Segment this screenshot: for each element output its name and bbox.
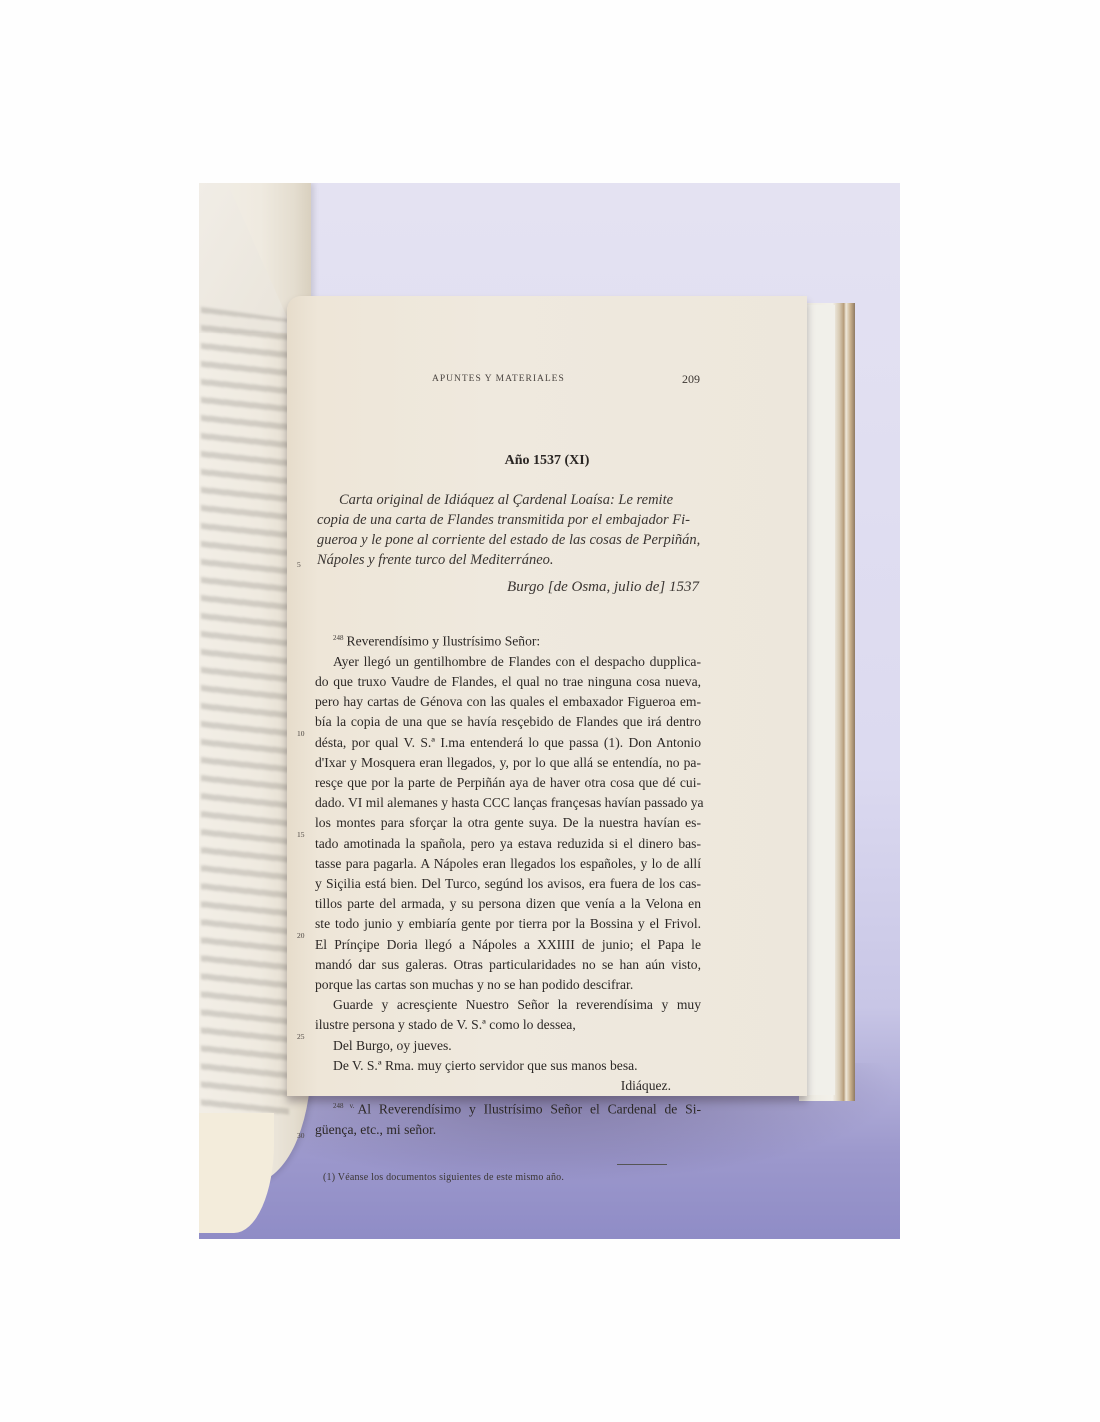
page-number: 209 [682,372,700,387]
body-line: d'Ixar y Mosquera eran llegados, y, por … [315,753,701,773]
folio-mark: 248 v. [333,1102,354,1110]
left-page-blurred-text [201,307,289,1119]
summary-line: copia de una carta de Flandes transmitid… [317,510,701,530]
body-line: bía la copia de una que se havía resçebi… [315,712,701,732]
body-line: dado. VI mil alemanes y hasta CCC lanças… [315,793,701,813]
footnote: (1) Véanse los documentos siguientes de … [323,1172,564,1183]
salutation: Reverendísimo y Ilustrísimo Señor: [347,634,541,649]
page-content: APUNTES Y MATERIALES 209 Año 1537 (XI) C… [287,296,807,1096]
summary-line: gueroa y le pone al corriente del estado… [317,530,701,550]
address-line: güença, etc., mi señor. [315,1120,701,1140]
body-line: los montes para sforçar la otra gente su… [315,813,701,833]
body-line: porque las cartas son muchas y no se han… [315,975,701,995]
line-number: 15 [297,830,305,839]
body-line: do que truxo Vaudre de Flandes, el qual … [315,672,701,692]
body-line: désta, por qual V. S.ª I.ma entenderá lo… [315,733,701,753]
letter-body: 248Reverendísimo y Ilustrísimo Señor: Ay… [315,628,701,1140]
closing-line: ilustre persona y stado de V. S.ª como l… [315,1015,701,1035]
summary-line: Carta original de Idiáquez al Çardenal L… [317,490,701,510]
closing-line: Guarde y acresçiente Nuestro Señor la re… [315,995,701,1015]
body-line: tasse para pagarla. A Nápoles eran llega… [315,854,701,874]
summary-line: Nápoles y frente turco del Mediterráneo. [317,550,701,570]
document-summary: Carta original de Idiáquez al Çardenal L… [317,490,701,570]
line-number: 10 [297,729,305,738]
body-line: resçe que por la parte de Perpiñán aya d… [315,773,701,793]
address-line: 248 v.Al Reverendísimo y Ilustrísimo Señ… [315,1096,701,1120]
next-page-edge [805,305,835,1095]
dateline: Burgo [de Osma, julio de] 1537 [287,579,699,596]
valediction: De V. S.ª Rma. muy çierto servidor que s… [315,1056,701,1076]
line-number: 5 [297,560,301,569]
place-date: Del Burgo, oy jueves. [315,1036,701,1056]
right-page: APUNTES Y MATERIALES 209 Año 1537 (XI) C… [287,296,807,1096]
document-title: Año 1537 (XI) [287,453,807,469]
running-head: APUNTES Y MATERIALES [432,374,565,384]
salutation-line: 248Reverendísimo y Ilustrísimo Señor: [315,628,701,652]
footnote-rule [617,1164,667,1165]
body-line: mandó dar sus galeras. Otras particulari… [315,955,701,975]
body-line: ste todo junio y embiaría gente por tier… [315,914,701,934]
signature: Idiáquez. [315,1076,701,1096]
line-number: 25 [297,1032,305,1041]
line-number: 20 [297,931,305,940]
body-line: Ayer llegó un gentilhombre de Flandes co… [315,652,701,672]
body-line: tillos parte del armada, y su persona di… [315,894,701,914]
body-line: tado amotinada la spañola, pero ya estav… [315,834,701,854]
book-photo: APUNTES Y MATERIALES 209 Año 1537 (XI) C… [199,183,900,1239]
body-line: y Siçilia está bien. Del Turco, segúnd l… [315,874,701,894]
body-line: El Prínçipe Doria llegó a Nápoles a XXII… [315,935,701,955]
line-number: 30 [297,1131,305,1140]
left-page-bottom-curl [199,1113,274,1233]
body-line: pero hay cartas de Génova con las quales… [315,692,701,712]
address-text: Al Reverendísimo y Ilustrísimo Señor el … [357,1102,701,1117]
folio-mark: 248 [333,634,344,642]
